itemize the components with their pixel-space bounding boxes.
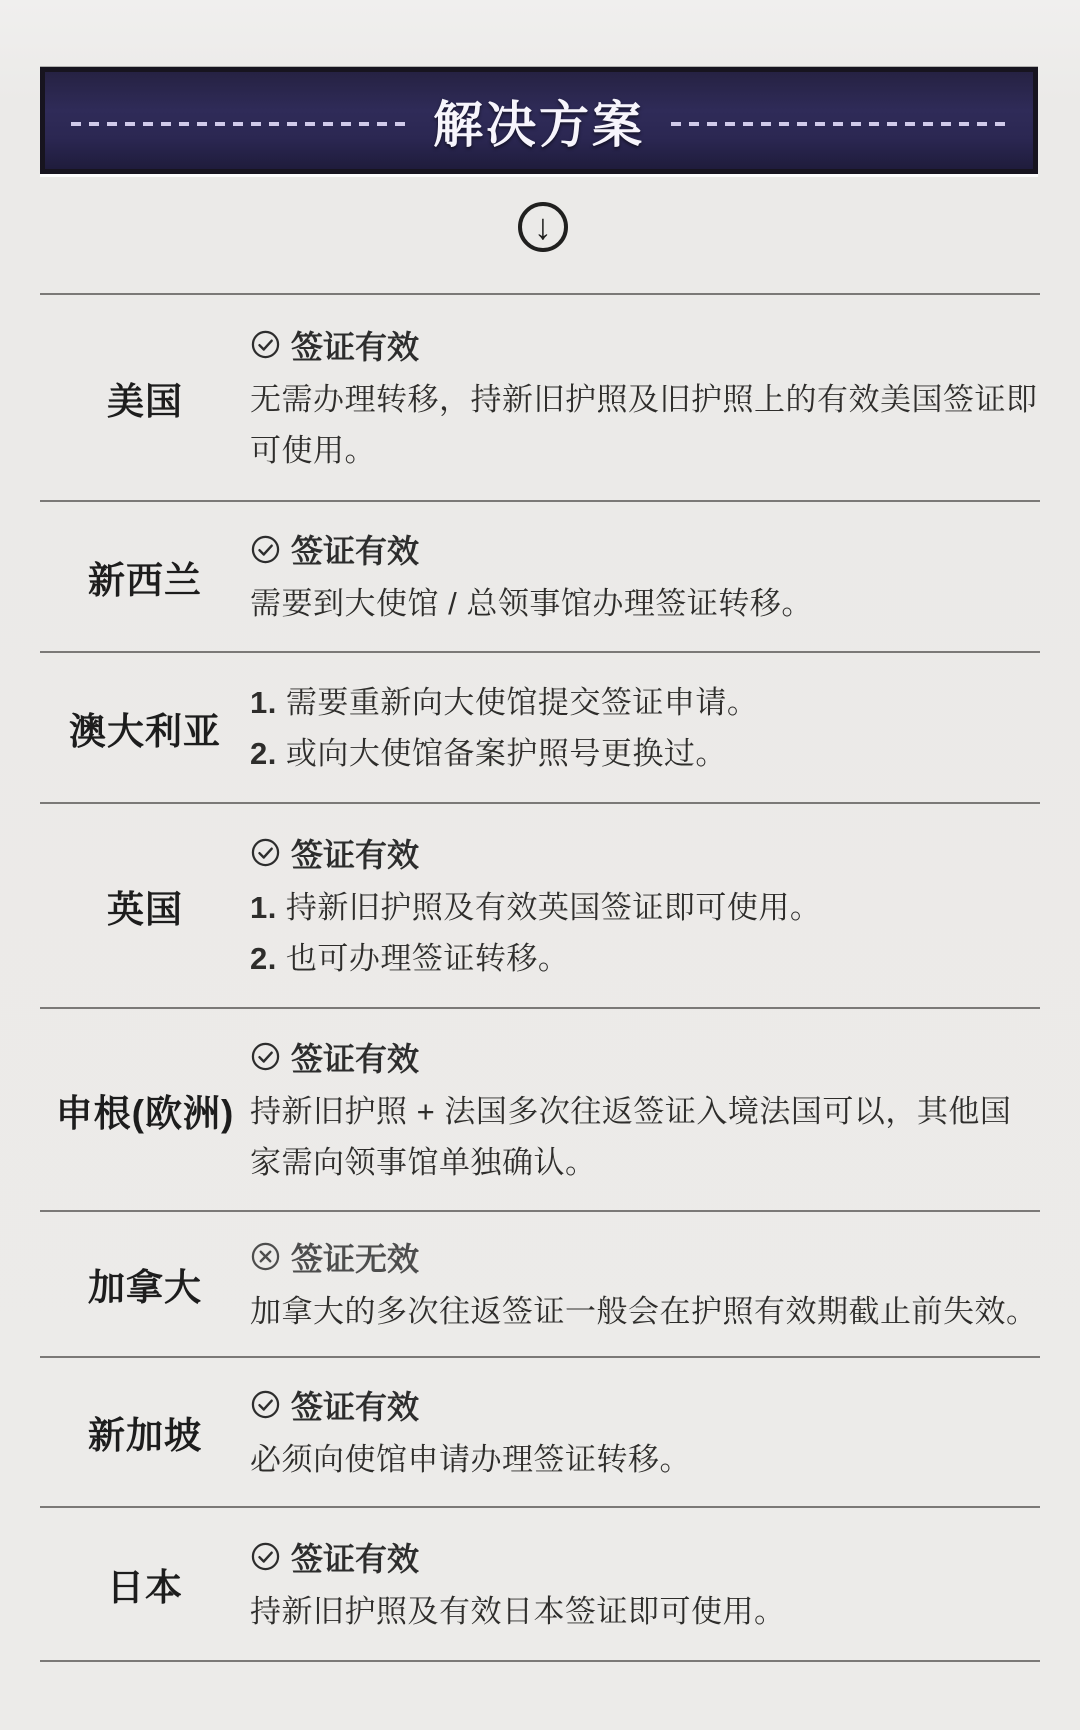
detail-lines: 加拿大的多次往返签证一般会在护照有效期截止前失效。	[250, 1286, 1040, 1337]
table-row: 日本 签证有效 持新旧护照及有效日本签证即可使用。	[40, 1508, 1040, 1662]
line-number: 1.	[250, 685, 277, 720]
line-text: 需要到大使馆 / 总领事馆办理签证转移。	[250, 586, 813, 621]
visa-table: 美国 签证有效 无需办理转移，持新旧护照及旧护照上的有效美国签证即可使用。 新西…	[40, 293, 1040, 1662]
detail-cell: 签证无效 加拿大的多次往返签证一般会在护照有效期截止前失效。	[250, 1222, 1040, 1347]
line-text: 无需办理转移，持新旧护照及旧护照上的有效美国签证即可使用。	[250, 382, 1038, 468]
line-number: 2.	[250, 941, 277, 976]
status-badge: 签证有效	[250, 1382, 1040, 1428]
detail-line: 持新旧护照及有效日本签证即可使用。	[250, 1586, 1040, 1637]
down-arrow-circle-icon: ↓	[518, 202, 568, 252]
page-title: 解决方案	[433, 85, 645, 157]
line-text: 也可办理签证转移。	[286, 941, 570, 976]
line-text: 持新旧护照及有效日本签证即可使用。	[250, 1594, 786, 1629]
check-circle-icon	[250, 837, 281, 868]
detail-line: 加拿大的多次往返签证一般会在护照有效期截止前失效。	[250, 1286, 1040, 1337]
badge-label: 签证无效	[291, 1234, 419, 1280]
badge-label: 签证有效	[291, 1034, 419, 1080]
line-text: 或向大使馆备案护照号更换过。	[286, 736, 727, 771]
country-label: 申根(欧洲)	[56, 1083, 235, 1137]
detail-cell: 签证有效 1.持新旧护照及有效英国签证即可使用。 2.也可办理签证转移。	[250, 818, 1040, 994]
country-cell: 加拿大	[40, 1257, 250, 1311]
detail-line: 无需办理转移，持新旧护照及旧护照上的有效美国签证即可使用。	[250, 374, 1040, 476]
detail-cell: 1.需要重新向大使馆提交签证申请。 2.或向大使馆备案护照号更换过。	[250, 667, 1040, 789]
line-number: 1.	[250, 890, 277, 925]
check-circle-icon	[250, 329, 281, 360]
badge-label: 签证有效	[291, 1382, 419, 1428]
line-text: 必须向使馆申请办理签证转移。	[250, 1442, 691, 1477]
page-background: 解决方案 ↓ 美国 签证有效 无需办理转移，持新旧护照及旧护照上的有效美国签证即	[0, 0, 1080, 1730]
badge-label: 签证有效	[291, 322, 419, 368]
country-label: 新西兰	[88, 550, 202, 604]
detail-line: 2.也可办理签证转移。	[250, 933, 1040, 984]
check-circle-icon	[250, 1041, 281, 1072]
table-row: 加拿大 签证无效 加拿大的多次往返签证一般会在护照有效期截止前失效。	[40, 1212, 1040, 1358]
detail-line: 持新旧护照 + 法国多次往返签证入境法国可以，其他国家需向领事馆单独确认。	[250, 1086, 1040, 1188]
detail-lines: 持新旧护照 + 法国多次往返签证入境法国可以，其他国家需向领事馆单独确认。	[250, 1086, 1040, 1188]
check-circle-icon	[250, 1541, 281, 1572]
dashed-line-left	[71, 122, 407, 126]
country-cell: 新西兰	[40, 550, 250, 604]
country-cell: 英国	[40, 879, 250, 933]
table-row: 澳大利亚 1.需要重新向大使馆提交签证申请。 2.或向大使馆备案护照号更换过。	[40, 653, 1040, 804]
status-badge: 签证有效	[250, 1034, 1040, 1080]
table-row: 新西兰 签证有效 需要到大使馆 / 总领事馆办理签证转移。	[40, 502, 1040, 653]
country-label: 加拿大	[88, 1257, 202, 1311]
detail-line: 1.需要重新向大使馆提交签证申请。	[250, 677, 1040, 728]
detail-line: 1.持新旧护照及有效英国签证即可使用。	[250, 882, 1040, 933]
detail-lines: 1.持新旧护照及有效英国签证即可使用。 2.也可办理签证转移。	[250, 882, 1040, 984]
country-label: 日本	[107, 1557, 183, 1611]
detail-cell: 签证有效 需要到大使馆 / 总领事馆办理签证转移。	[250, 514, 1040, 639]
solution-banner: 解决方案	[40, 67, 1038, 174]
detail-cell: 签证有效 必须向使馆申请办理签证转移。	[250, 1370, 1040, 1495]
status-badge: 签证有效	[250, 322, 1040, 368]
country-cell: 申根(欧洲)	[40, 1083, 250, 1137]
table-row: 申根(欧洲) 签证有效 持新旧护照 + 法国多次往返签证入境法国可以，其他国家需…	[40, 1009, 1040, 1212]
country-label: 美国	[107, 371, 183, 425]
detail-cell: 签证有效 持新旧护照及有效日本签证即可使用。	[250, 1522, 1040, 1647]
status-badge: 签证无效	[250, 1234, 1040, 1280]
detail-line: 必须向使馆申请办理签证转移。	[250, 1434, 1040, 1485]
detail-lines: 需要到大使馆 / 总领事馆办理签证转移。	[250, 578, 1040, 629]
country-label: 澳大利亚	[69, 701, 221, 755]
line-text: 加拿大的多次往返签证一般会在护照有效期截止前失效。	[250, 1294, 1038, 1329]
detail-line: 2.或向大使馆备案护照号更换过。	[250, 728, 1040, 779]
check-circle-icon	[250, 534, 281, 565]
detail-cell: 签证有效 无需办理转移，持新旧护照及旧护照上的有效美国签证即可使用。	[250, 310, 1040, 486]
country-cell: 新加坡	[40, 1405, 250, 1459]
country-cell: 美国	[40, 371, 250, 425]
country-label: 英国	[107, 879, 183, 933]
table-row: 英国 签证有效 1.持新旧护照及有效英国签证即可使用。 2.也可办理签证转移。	[40, 804, 1040, 1009]
solution-banner-inner: 解决方案	[45, 72, 1033, 169]
check-circle-icon	[250, 1389, 281, 1420]
table-row: 新加坡 签证有效 必须向使馆申请办理签证转移。	[40, 1358, 1040, 1508]
detail-lines: 1.需要重新向大使馆提交签证申请。 2.或向大使馆备案护照号更换过。	[250, 677, 1040, 779]
detail-lines: 持新旧护照及有效日本签证即可使用。	[250, 1586, 1040, 1637]
line-text: 持新旧护照 + 法国多次往返签证入境法国可以，其他国家需向领事馆单独确认。	[250, 1094, 1011, 1180]
table-row: 美国 签证有效 无需办理转移，持新旧护照及旧护照上的有效美国签证即可使用。	[40, 295, 1040, 502]
down-arrow-glyph: ↓	[534, 209, 552, 245]
x-circle-icon	[250, 1241, 281, 1272]
country-cell: 澳大利亚	[40, 701, 250, 755]
line-text: 需要重新向大使馆提交签证申请。	[286, 685, 759, 720]
badge-label: 签证有效	[291, 1534, 419, 1580]
dashed-line-right	[671, 122, 1007, 126]
detail-line: 需要到大使馆 / 总领事馆办理签证转移。	[250, 578, 1040, 629]
detail-cell: 签证有效 持新旧护照 + 法国多次往返签证入境法国可以，其他国家需向领事馆单独确…	[250, 1022, 1040, 1198]
line-number: 2.	[250, 736, 277, 771]
status-badge: 签证有效	[250, 830, 1040, 876]
detail-lines: 无需办理转移，持新旧护照及旧护照上的有效美国签证即可使用。	[250, 374, 1040, 476]
detail-lines: 必须向使馆申请办理签证转移。	[250, 1434, 1040, 1485]
country-cell: 日本	[40, 1557, 250, 1611]
badge-label: 签证有效	[291, 526, 419, 572]
badge-label: 签证有效	[291, 830, 419, 876]
line-text: 持新旧护照及有效英国签证即可使用。	[286, 890, 822, 925]
country-label: 新加坡	[88, 1405, 202, 1459]
status-badge: 签证有效	[250, 526, 1040, 572]
status-badge: 签证有效	[250, 1534, 1040, 1580]
